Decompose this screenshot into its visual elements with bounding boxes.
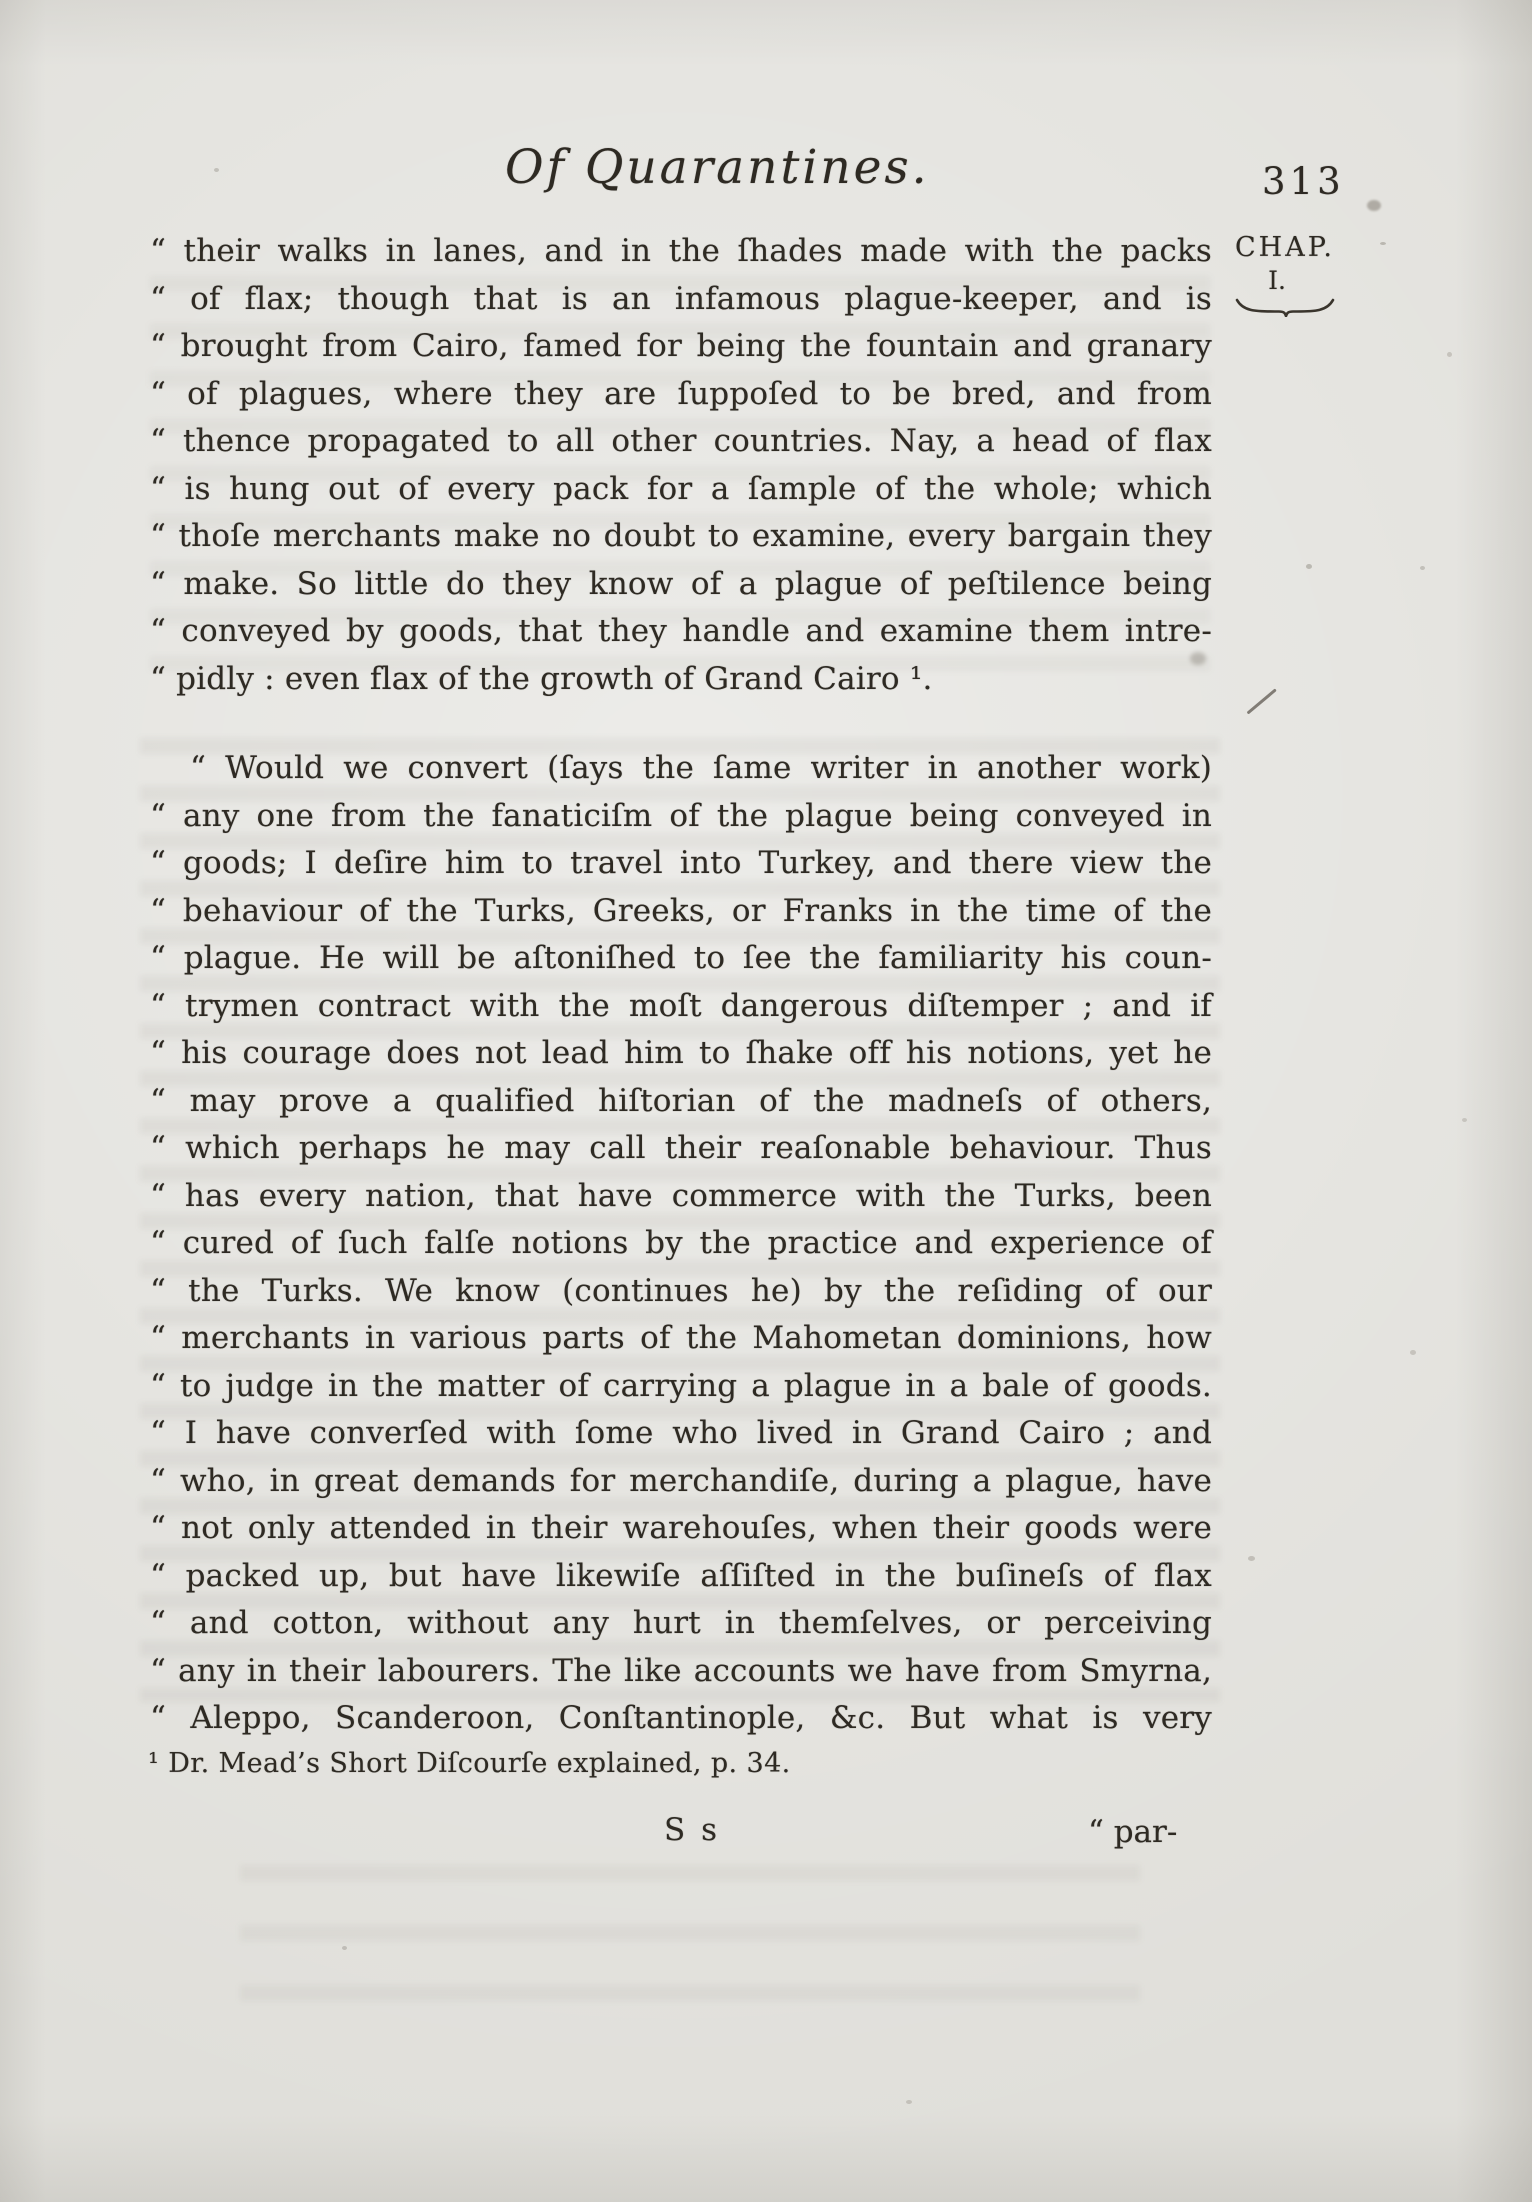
signature-mark: S s: [664, 1812, 720, 1848]
text-line: “ Would we convert (ſays the ſame writer…: [150, 745, 1212, 793]
ink-speck: [1447, 352, 1452, 357]
text-line: “ trymen contract with the moſt dangerou…: [150, 983, 1212, 1031]
text-line: “ any one from the fanaticiſm of the pla…: [150, 793, 1212, 841]
text-line: “ and cotton, without any hurt in themſe…: [150, 1600, 1212, 1648]
text-line: “ pidly : even flax of the growth of Gra…: [150, 656, 1212, 704]
text-line: “ the Turks. We know (continues he) by t…: [150, 1268, 1212, 1316]
text-line: “ brought from Cairo, famed for being th…: [150, 323, 1212, 371]
text-line: “ behaviour of the Turks, Greeks, or Fra…: [150, 888, 1212, 936]
text-line: “ conveyed by goods, that they handle an…: [150, 608, 1212, 656]
text-line: “ make. So little do they know of a plag…: [150, 561, 1212, 609]
ink-speck: [1306, 564, 1312, 569]
text-line: “ his courage does not lead him to ſhake…: [150, 1030, 1212, 1078]
quoted-paragraph-1: “ their walks in lanes, and in the ſhade…: [150, 228, 1212, 703]
text-line: “ thoſe merchants make no doubt to exami…: [150, 513, 1212, 561]
footnote: ¹ Dr. Mead’s Short Diſcourſe explained, …: [148, 1748, 791, 1779]
ink-speck: [342, 1946, 347, 1950]
text-line: “ of flax; though that is an infamous pl…: [150, 276, 1212, 324]
text-line: “ merchants in various parts of the Maho…: [150, 1315, 1212, 1363]
ink-speck: [1248, 1556, 1255, 1561]
text-line: “ has every nation, that have commerce w…: [150, 1173, 1212, 1221]
ink-speck: [1462, 1118, 1467, 1122]
text-line: “ to judge in the matter of carrying a p…: [150, 1363, 1212, 1411]
text-line: “ of plagues, where they are ſuppoſed to…: [150, 371, 1212, 419]
text-line: “ is hung out of every pack for a ſample…: [150, 466, 1212, 514]
chapter-marginal-note: CHAP. I.: [1235, 232, 1347, 317]
quoted-paragraph-2: “ Would we convert (ſays the ſame writer…: [150, 745, 1212, 1743]
chapter-underbrace-ornament: [1235, 297, 1335, 317]
verso-show-through-footer: [240, 1835, 1140, 2005]
text-line: “ Aleppo, Scanderoon, Conſtantinople, &c…: [150, 1695, 1212, 1743]
pen-slash-mark: [1247, 688, 1277, 714]
chapter-label: CHAP.: [1235, 232, 1347, 263]
ink-speck: [1380, 242, 1386, 245]
ink-speck: [1367, 200, 1381, 211]
text-line: “ goods; I deſire him to travel into Tur…: [150, 840, 1212, 888]
text-line: “ may prove a qualified hiſtorian of the…: [150, 1078, 1212, 1126]
book-page-scan: Of Quarantines. 313 CHAP. I. “ their wal…: [0, 0, 1532, 2202]
text-line: “ not only attended in their warehouſes,…: [150, 1505, 1212, 1553]
ink-speck: [1410, 1350, 1416, 1355]
running-head: Of Quarantines.: [505, 140, 930, 195]
text-line: “ I have converſed with ſome who lived i…: [150, 1410, 1212, 1458]
text-line: “ cured of ſuch falſe notions by the pra…: [150, 1220, 1212, 1268]
text-line: “ which perhaps he may call their reaſon…: [150, 1125, 1212, 1173]
chapter-numeral: I.: [1235, 266, 1319, 295]
text-line: “ packed up, but have likewiſe aſſiſted …: [150, 1553, 1212, 1601]
ink-speck: [214, 168, 219, 172]
text-line: “ plague. He will be aſtoniſhed to ſee t…: [150, 935, 1212, 983]
page-number: 313: [1262, 160, 1345, 203]
text-line: “ thence propagated to all other countri…: [150, 418, 1212, 466]
text-line: “ who, in great demands for merchandiſe,…: [150, 1458, 1212, 1506]
text-line: “ any in their labourers. The like accou…: [150, 1648, 1212, 1696]
catchword: “ par-: [1088, 1814, 1177, 1850]
ink-speck: [1420, 566, 1425, 570]
text-line: “ their walks in lanes, and in the ſhade…: [150, 228, 1212, 276]
ink-speck: [906, 2100, 912, 2104]
text-block: “ their walks in lanes, and in the ſhade…: [150, 228, 1212, 1743]
